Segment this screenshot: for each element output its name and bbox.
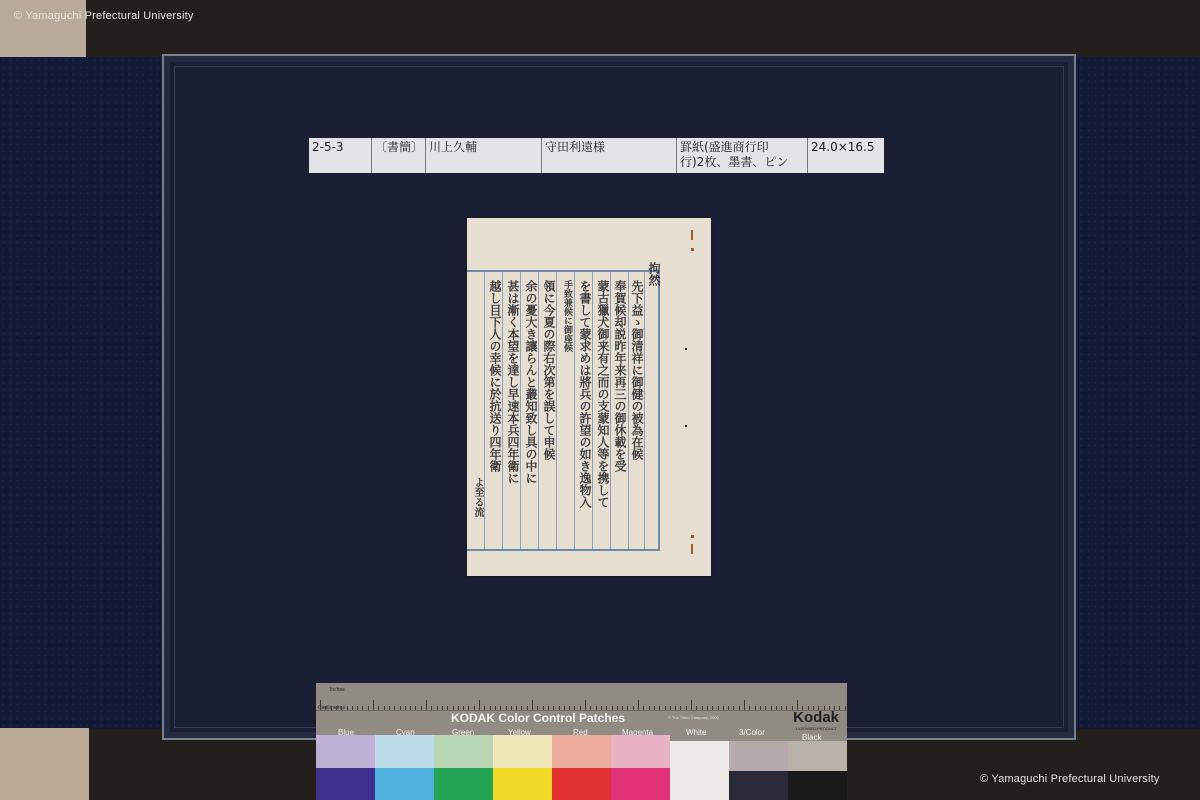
ruled-writing-area: 拘然 先下益ゝ御清祥に御健の被為在候 奉賀候却説昨年来再三の御休載を受 蒙古獵犬… (467, 270, 660, 551)
letter-column: 奉賀候却説昨年来再三の御休載を受 (610, 280, 626, 472)
catalog-material: 罫紙(盛進商行印 行)2枚、墨書、ピン (677, 138, 808, 173)
catalog-type: 〔書簡〕 (372, 138, 426, 173)
letter-column: 余の憂大き讓らんと叢知致し具の中に (521, 280, 537, 484)
pin-hole-icon (691, 248, 694, 251)
color-patch-magenta (611, 735, 670, 800)
color-patch-black (788, 735, 847, 800)
catalog-label: 2-5-3 〔書簡〕 川上久輔 守田利遠様 罫紙(盛進商行印 行)2枚、墨書、ピ… (309, 138, 884, 173)
color-patch-blue (316, 735, 375, 800)
color-patch-green (434, 735, 493, 800)
letter-column: 拘然 (644, 262, 660, 286)
letter-column: 先下益ゝ御清祥に御健の被為在候 (627, 280, 643, 460)
color-patches (316, 735, 847, 800)
copyright-watermark-top: © Yamaguchi Prefectural University (14, 10, 194, 22)
color-patch-red (552, 735, 611, 800)
ink-dot (685, 348, 687, 350)
kodak-logo: Kodak (793, 709, 839, 726)
color-patch-yellow (493, 735, 552, 800)
ruler: Inches Centimetres (316, 685, 847, 711)
kodak-gray-strip: Inches Centimetres KODAK Color Control P… (316, 683, 847, 743)
letter-column: 越し目下人の幸候に於抗送り四年衛 (485, 280, 501, 472)
catalog-recipient: 守田利遠様 (542, 138, 677, 173)
ink-dot (685, 425, 687, 427)
letter-column: よ至る流 (468, 477, 484, 517)
kodak-title: KODAK Color Control Patches (451, 711, 625, 725)
letter-column: 手致兼候に御座候 (557, 280, 573, 352)
letter-column: 領に今夏の際右次第を誤して申候 (539, 280, 555, 460)
pin-mark-icon (691, 230, 693, 240)
letter-sheet: 拘然 先下益ゝ御清祥に御健の被為在候 奉賀候却説昨年来再三の御休載を受 蒙古獵犬… (467, 218, 711, 576)
catalog-material-line2: 行)2枚、墨書、ピン (680, 155, 804, 170)
beige-backing-bottom (0, 728, 89, 800)
letter-column: を書して蒙求めは將兵の許望の如き逸物入 (575, 280, 591, 508)
pin-hole-icon (691, 535, 694, 538)
color-patch-white (670, 735, 729, 800)
kodak-copyright: © The Tiffen Company, 2000 (668, 715, 719, 720)
beige-backing-top (0, 0, 86, 58)
copyright-watermark-bottom: © Yamaguchi Prefectural University (980, 773, 1160, 785)
letter-column: 甚は漸く本望を達し早速本兵四年衛に (503, 280, 519, 484)
catalog-id: 2-5-3 (309, 138, 372, 173)
color-patch-3-color (729, 735, 788, 800)
pin-mark-icon (691, 544, 693, 554)
catalog-sender: 川上久輔 (426, 138, 542, 173)
color-patch-cyan (375, 735, 434, 800)
catalog-size: 24.0×16.5 (808, 138, 884, 173)
letter-column: 蒙古獵犬御来有之而の支蒙知人等を携して (593, 280, 609, 508)
kodak-color-target: Inches Centimetres KODAK Color Control P… (316, 683, 847, 800)
catalog-material-line1: 罫紙(盛進商行印 (680, 140, 804, 155)
